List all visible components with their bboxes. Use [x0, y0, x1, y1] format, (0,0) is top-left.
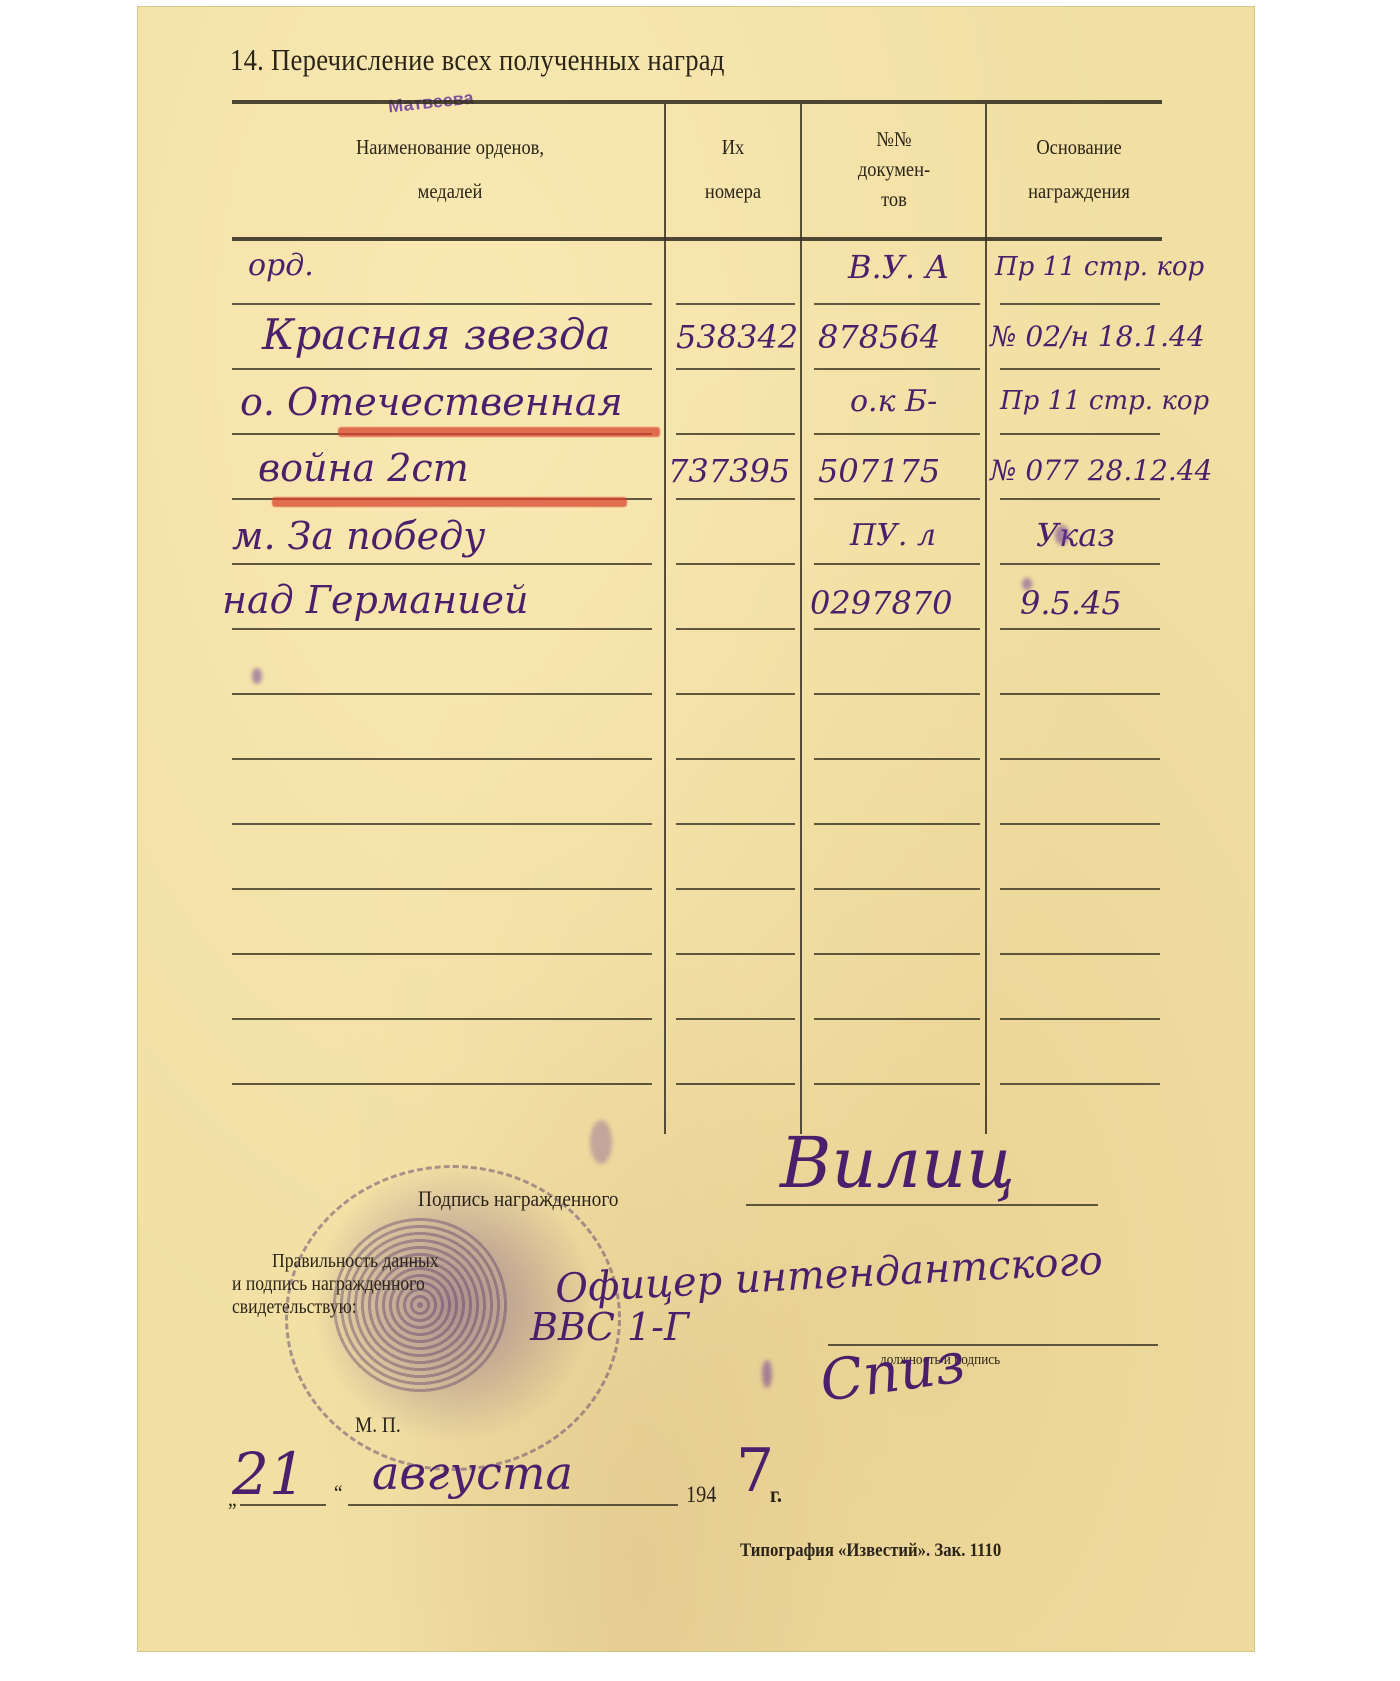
date-day: 21 — [232, 1440, 306, 1508]
awardee-signature: Вилиц — [780, 1122, 1015, 1204]
row-2-number: 538342 — [676, 318, 798, 356]
date-month: августа — [372, 1446, 573, 1500]
row-4-number: 737395 — [668, 452, 790, 490]
row-5-document: ПУ. л — [850, 518, 936, 553]
row-6-document: 0297870 — [810, 584, 953, 622]
row-4-document: 507175 — [818, 452, 940, 490]
row-rule — [676, 628, 795, 630]
row-rule — [1000, 498, 1160, 500]
section-title: 14. Перечисление всех полученных наград — [230, 42, 725, 78]
row-rule — [232, 1083, 652, 1085]
row-rule — [814, 303, 980, 305]
row-1-basis: Пр 11 стр. кор — [995, 252, 1204, 282]
ink-blot — [1055, 525, 1069, 545]
row-rule — [814, 498, 980, 500]
header-basis: Основание награждения — [1000, 132, 1158, 206]
row-rule — [232, 758, 652, 760]
row-2-basis: № 02/н 18.1.44 — [990, 320, 1205, 353]
row-6-basis: 9.5.45 — [1020, 584, 1122, 622]
row-rule — [1000, 433, 1160, 435]
row-3-name: о. Отечественная — [240, 380, 623, 424]
date-close-quote: “ — [334, 1480, 343, 1506]
month-line — [348, 1504, 678, 1506]
row-rule — [676, 563, 795, 565]
red-pencil-mark — [338, 427, 660, 437]
header-line: тов — [815, 184, 973, 214]
row-rule — [1000, 758, 1160, 760]
row-4-basis: № 077 28.12.44 — [990, 454, 1212, 487]
row-rule — [1000, 693, 1160, 695]
row-rule — [676, 433, 795, 435]
row-rule — [232, 953, 652, 955]
row-rule — [676, 693, 795, 695]
row-rule — [232, 1018, 652, 1020]
row-rule — [676, 953, 795, 955]
header-line: награждения — [1000, 176, 1158, 206]
row-rule — [814, 628, 980, 630]
ink-blot — [1022, 578, 1032, 590]
certification-label: Правильность данных и подпись награжденн… — [232, 1250, 461, 1319]
row-rule — [232, 628, 652, 630]
row-5-name: м. За победу — [232, 514, 485, 558]
table-header-rule — [232, 237, 1162, 241]
row-rule — [814, 433, 980, 435]
row-rule — [232, 303, 652, 305]
header-numbers: Их номера — [676, 132, 790, 206]
row-rule — [1000, 303, 1160, 305]
row-rule — [232, 888, 652, 890]
row-rule — [814, 823, 980, 825]
date-year-prefix: 194 — [686, 1482, 716, 1508]
row-rule — [676, 368, 795, 370]
header-line: докумен- — [815, 154, 973, 184]
row-5-basis: Указ — [1036, 516, 1115, 554]
row-rule — [814, 563, 980, 565]
red-pencil-mark — [272, 497, 627, 507]
row-rule — [232, 823, 652, 825]
row-6-name: над Германией — [222, 578, 528, 622]
row-rule — [676, 888, 795, 890]
row-rule — [814, 1083, 980, 1085]
header-documents: №№ докумен- тов — [815, 124, 973, 214]
row-rule — [1000, 628, 1160, 630]
cert-line: свидетельствую: — [232, 1296, 434, 1319]
row-rule — [232, 563, 652, 565]
row-rule — [676, 758, 795, 760]
header-line: медалей — [265, 176, 635, 206]
certifier-unit: ВВС 1-Г — [530, 1305, 689, 1349]
row-rule — [676, 303, 795, 305]
awardee-signature-line — [746, 1204, 1098, 1206]
row-rule — [676, 1083, 795, 1085]
column-divider-1 — [664, 104, 666, 1134]
table-top-rule — [232, 100, 1162, 104]
ink-blot — [590, 1120, 612, 1164]
row-rule — [676, 1018, 795, 1020]
row-rule — [1000, 368, 1160, 370]
column-divider-3 — [985, 104, 987, 1134]
row-rule — [1000, 888, 1160, 890]
row-2-document: 878564 — [818, 318, 940, 356]
header-line: номера — [676, 176, 790, 206]
row-rule — [1000, 1083, 1160, 1085]
row-rule — [1000, 823, 1160, 825]
row-3-document: о.к Б- — [850, 384, 937, 419]
row-rule — [814, 953, 980, 955]
row-rule — [232, 693, 652, 695]
row-2-name: Красная звезда — [262, 310, 611, 359]
header-line: Наименование орденов, — [265, 132, 635, 162]
header-line: №№ — [815, 124, 973, 154]
column-divider-2 — [800, 104, 802, 1134]
row-rule — [1000, 953, 1160, 955]
header-line: Основание — [1000, 132, 1158, 162]
row-rule — [1000, 563, 1160, 565]
date-year-suffix: 7 — [736, 1436, 774, 1506]
row-1-name: орд. — [248, 248, 314, 283]
row-4-name: война 2ст — [258, 446, 469, 490]
printer-note: Типография «Известий». Зак. 1110 — [740, 1540, 1001, 1562]
row-rule — [814, 1018, 980, 1020]
row-rule — [814, 888, 980, 890]
row-rule — [1000, 1018, 1160, 1020]
awardee-signature-label: Подпись награжденного — [418, 1186, 618, 1212]
seal-place-label: М. П. — [355, 1412, 401, 1438]
date-year-unit: г. — [770, 1482, 782, 1508]
cert-line: Правильность данных — [272, 1250, 439, 1273]
cert-line: и подпись награжденного — [232, 1273, 434, 1296]
ink-blot — [762, 1360, 772, 1388]
row-1-document: В.У. А — [848, 248, 949, 286]
row-rule — [814, 758, 980, 760]
row-3-basis: Пр 11 стр. кор — [1000, 386, 1209, 416]
row-rule — [814, 693, 980, 695]
row-rule — [232, 368, 652, 370]
row-rule — [676, 498, 795, 500]
row-rule — [676, 823, 795, 825]
row-rule — [814, 368, 980, 370]
header-award-name: Наименование орденов, медалей — [265, 132, 635, 206]
ink-blot — [252, 668, 262, 684]
header-line: Их — [676, 132, 790, 162]
